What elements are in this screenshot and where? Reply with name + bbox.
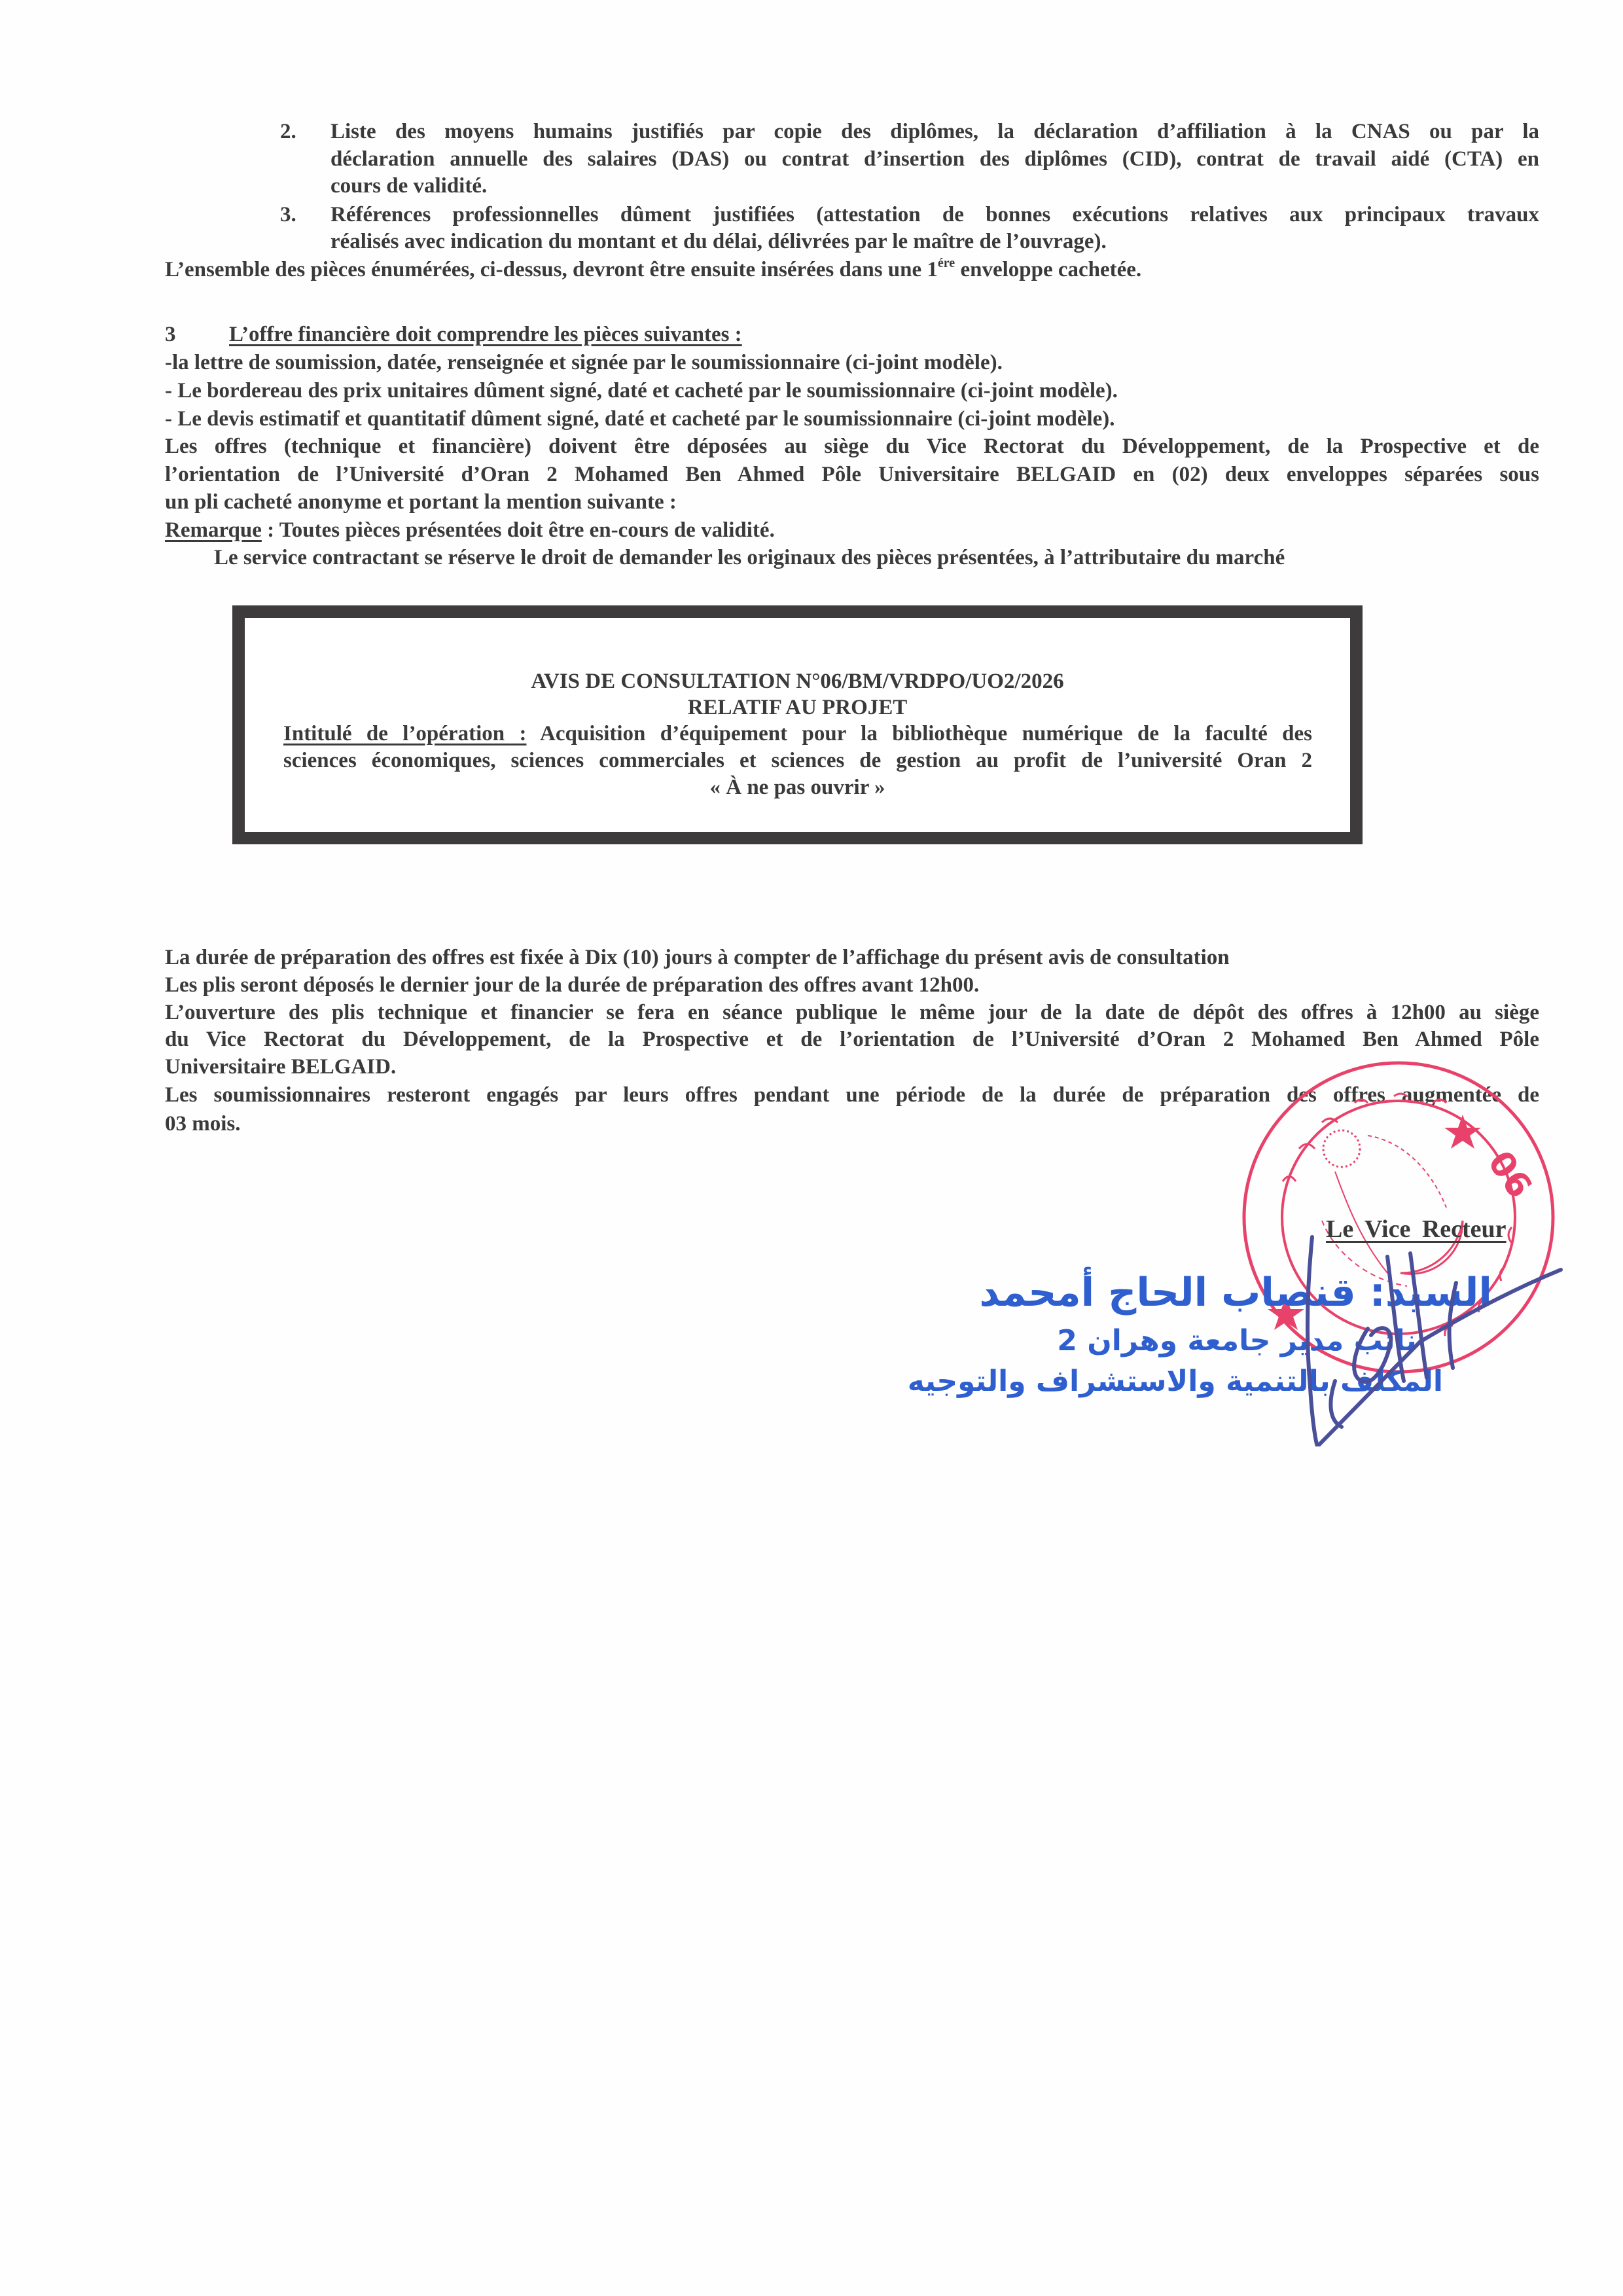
list-number: 3. <box>280 201 296 228</box>
financial-item: - Le bordereau des prix unitaires dûment… <box>165 377 1118 404</box>
operation-label: Intitulé de l’opération : <box>283 722 526 745</box>
reserve-note: Le service contractant se réserve le dro… <box>214 544 1285 571</box>
closing-line: Les plis seront déposés le dernier jour … <box>165 971 979 999</box>
deposit-line: l’orientation de l’Université d’Oran 2 M… <box>165 461 1539 488</box>
remark: Remarque : Toutes pièces présentées doit… <box>165 516 775 544</box>
financial-item: -la lettre de soumission, datée, renseig… <box>165 349 1003 376</box>
handwritten-signature-icon <box>1230 1230 1571 1446</box>
notice-box: AVIS DE CONSULTATION N°06/BM/VRDPO/UO2/2… <box>232 605 1363 844</box>
closing-line: L’ouverture des plis technique et financ… <box>165 999 1539 1026</box>
remark-label: Remarque <box>165 518 262 542</box>
list-item-line: Références professionnelles dûment justi… <box>330 201 1539 228</box>
list-item-line: Liste des moyens humains justifiés par c… <box>330 118 1539 145</box>
document-page: 2. Liste des moyens humains justifiés pa… <box>0 0 1623 2296</box>
closing-line: Universitaire BELGAID. <box>165 1053 396 1081</box>
operation-line: sciences économiques, sciences commercia… <box>283 747 1312 774</box>
notice-subtitle: RELATIF AU PROJET <box>245 694 1350 721</box>
list-item-line: cours de validité. <box>330 172 487 200</box>
deposit-line: Les offres (technique et financière) doi… <box>165 433 1539 460</box>
operation-line: Intitulé de l’opération : Acquisition d’… <box>283 720 1312 747</box>
notice-mention: « À ne pas ouvrir » <box>245 774 1350 801</box>
closing-line: La durée de préparation des offres est f… <box>165 944 1230 971</box>
financial-item: - Le devis estimatif et quantitatif dûme… <box>165 405 1115 433</box>
notice-title: AVIS DE CONSULTATION N°06/BM/VRDPO/UO2/2… <box>245 668 1350 695</box>
list-item-line: réalisés avec indication du montant et d… <box>330 228 1107 255</box>
list-item-line: déclaration annuelle des salaires (DAS) … <box>330 145 1539 173</box>
section-number: 3 <box>165 321 176 348</box>
deposit-line: un pli cacheté anonyme et portant la men… <box>165 488 677 516</box>
envelope-note: L’ensemble des pièces énumérées, ci-dess… <box>165 256 1141 283</box>
closing-line: 03 mois. <box>165 1110 241 1138</box>
svg-text:06: 06 <box>1480 1144 1539 1206</box>
list-number: 2. <box>280 118 296 145</box>
closing-line: du Vice Rectorat du Développement, de la… <box>165 1026 1539 1053</box>
section-heading: L’offre financière doit comprendre les p… <box>229 321 742 348</box>
